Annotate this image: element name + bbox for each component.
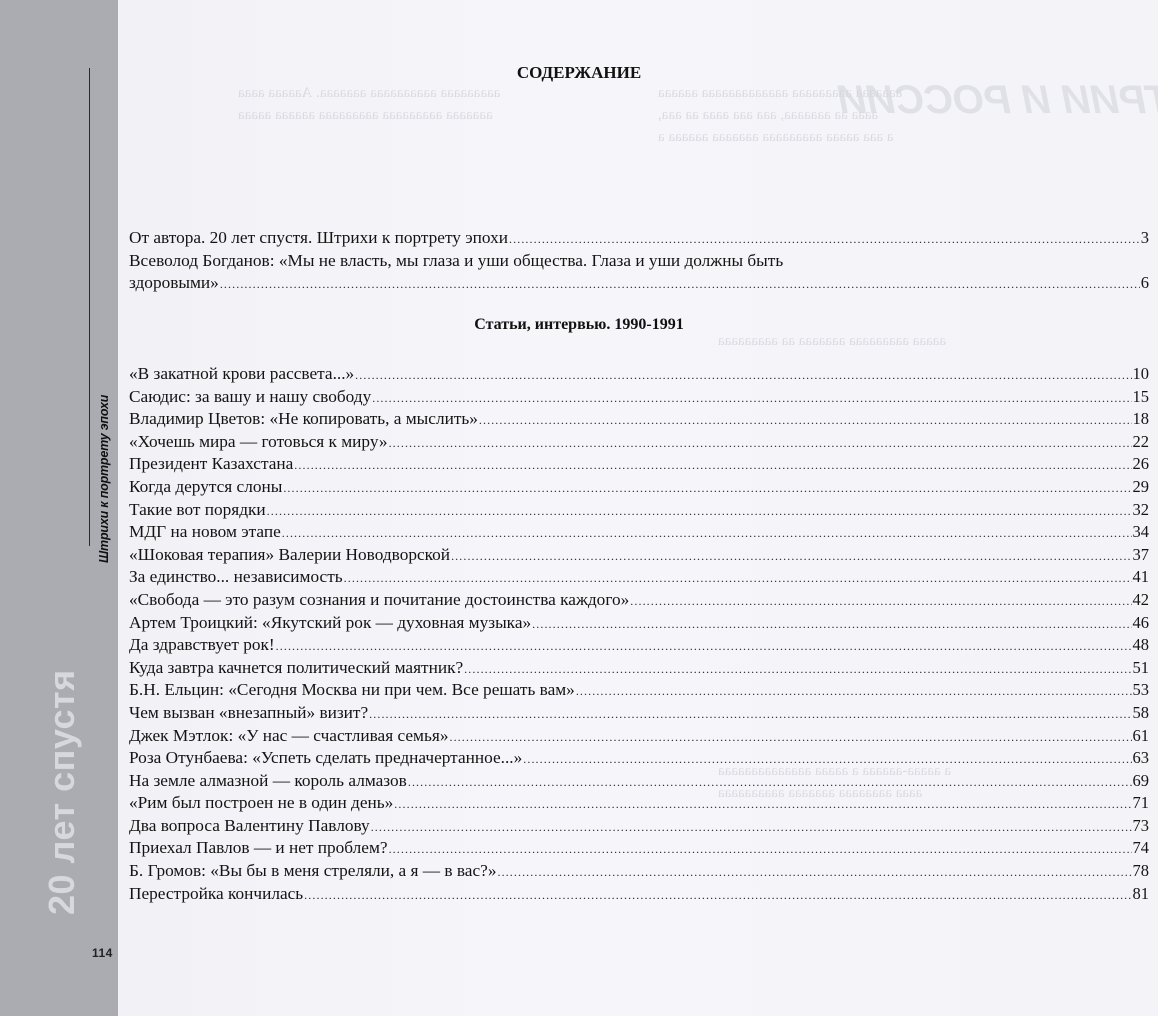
page-number: 114	[92, 946, 113, 960]
toc-entry-title: здоровыми»	[129, 273, 219, 293]
toc-entry[interactable]: «В закатной крови рассвета...»10	[129, 364, 1149, 387]
spine-rule	[89, 68, 90, 546]
toc-entry[interactable]: Перестройка кончилась81	[129, 884, 1149, 907]
toc-entry[interactable]: Да здравствует рок!48	[129, 635, 1149, 658]
section-title: Статьи, интервью. 1990-1991	[0, 316, 1158, 334]
toc-entry-page: 37	[1133, 545, 1150, 565]
toc-entry[interactable]: «Рим был построен не в один день»71	[129, 793, 1149, 816]
toc-entry-page: 71	[1133, 793, 1150, 813]
toc-entry-title: Президент Казахстана	[129, 454, 293, 474]
toc-entry-title: На земле алмазной — король алмазов	[129, 771, 407, 791]
leader-dots	[355, 368, 1131, 383]
leader-dots	[276, 639, 1132, 654]
toc-entry-page: 48	[1133, 635, 1150, 655]
toc-entry-page: 42	[1133, 590, 1150, 610]
toc-entry-page: 78	[1133, 861, 1150, 881]
toc-entry-page: 53	[1133, 680, 1150, 700]
toc-entry-title: Приехал Павлов — и нет проблем?	[129, 838, 388, 858]
toc-entry-page: 58	[1133, 703, 1150, 723]
leader-dots	[304, 888, 1131, 903]
toc-entry[interactable]: Саюдис: за вашу и нашу свободу15	[129, 387, 1149, 410]
leader-dots	[451, 549, 1131, 564]
toc-entry[interactable]: Приехал Павлов — и нет проблем?74	[129, 838, 1149, 861]
book-title: 20 лет спустя	[42, 669, 82, 915]
toc-entry[interactable]: Б. Громов: «Вы бы в меня стреляли, а я —…	[129, 861, 1149, 884]
leader-dots	[509, 232, 1140, 247]
intro-entries: От автора. 20 лет спустя. Штрихи к портр…	[129, 228, 1149, 296]
toc-entry[interactable]: «Шоковая терапия» Валерии Новодворской37	[129, 545, 1149, 568]
toc-entry-page: 3	[1141, 228, 1149, 248]
section-entries: «В закатной крови рассвета...»10Саюдис: …	[129, 364, 1149, 906]
toc-entry-page: 26	[1133, 454, 1150, 474]
toc-entry[interactable]: От автора. 20 лет спустя. Штрихи к портр…	[129, 228, 1149, 251]
leader-dots	[523, 752, 1131, 767]
toc-entry[interactable]: Роза Отунбаева: «Успеть сделать предначе…	[129, 748, 1149, 771]
toc-entry-title: Артем Троицкий: «Якутский рок — духовная…	[129, 613, 531, 633]
toc-entry-page: 22	[1133, 432, 1150, 452]
toc-entry-title: «В закатной крови рассвета...»	[129, 364, 354, 384]
toc-entry-title: Чем вызван «внезапный» визит?	[129, 703, 368, 723]
leader-dots	[479, 413, 1132, 428]
leader-dots	[449, 730, 1131, 745]
leader-dots	[294, 458, 1131, 473]
toc-entry[interactable]: «Хочешь мира — готовься к миру»22	[129, 432, 1149, 455]
leader-dots	[576, 684, 1132, 699]
leader-dots	[389, 436, 1132, 451]
page: ИНДУСТРИИ И РОССИИ ааааааа ааааааааа ааа…	[118, 0, 1158, 1016]
toc-entry-title: Б.Н. Ельцин: «Сегодня Москва ни при чем.…	[129, 680, 575, 700]
toc-entry-page: 15	[1133, 387, 1150, 407]
leader-dots	[371, 820, 1132, 835]
show-through-text: а ааа ааааа ааааааааа ааааааа аааааа а	[658, 126, 894, 148]
toc-entry-title: «Свобода — это разум сознания и почитани…	[129, 590, 629, 610]
leader-dots	[497, 865, 1131, 880]
toc-entry-title: Владимир Цветов: «Не копировать, а мысли…	[129, 409, 478, 429]
toc-entry-title: Перестройка кончилась	[129, 884, 303, 904]
leader-dots	[532, 617, 1131, 632]
toc-entry-title: Саюдис: за вашу и нашу свободу	[129, 387, 371, 407]
show-through-text: ааааааа ааааааааа ааааааааа аааааа ааааа	[238, 104, 493, 126]
toc-entry-page: 51	[1133, 658, 1150, 678]
toc-entry-page: 29	[1133, 477, 1150, 497]
toc-entry-title: От автора. 20 лет спустя. Штрихи к портр…	[129, 228, 508, 248]
toc-entry-page: 6	[1141, 273, 1149, 293]
toc-entry-title: Такие вот порядки	[129, 500, 266, 520]
leader-dots	[394, 797, 1131, 812]
leader-dots	[344, 571, 1132, 586]
leader-dots	[408, 775, 1132, 790]
toc-entry-page: 73	[1133, 816, 1150, 836]
toc-entry-line2[interactable]: здоровыми» 6	[129, 273, 1149, 296]
toc-entry[interactable]: Артем Троицкий: «Якутский рок — духовная…	[129, 613, 1149, 636]
leader-dots	[283, 481, 1131, 496]
toc-entry[interactable]: Джек Мэтлок: «У нас — счастливая семья»6…	[129, 726, 1149, 749]
toc-entry-title: Роза Отунбаева: «Успеть сделать предначе…	[129, 748, 522, 768]
toc-entry-title: Когда дерутся слоны	[129, 477, 282, 497]
toc-entry-page: 69	[1133, 771, 1150, 791]
toc-entry[interactable]: Президент Казахстана26	[129, 454, 1149, 477]
toc-entry-line1[interactable]: Всеволод Богданов: «Мы не власть, мы гла…	[129, 251, 1149, 274]
toc-entry-page: 34	[1133, 522, 1150, 542]
toc-entry[interactable]: Такие вот порядки32	[129, 500, 1149, 523]
toc-entry-page: 81	[1133, 884, 1150, 904]
contents-title: СОДЕРЖАНИЕ	[0, 63, 1158, 83]
toc-entry-title: За единство... независимость	[129, 567, 343, 587]
toc-entry-title: Всеволод Богданов: «Мы не власть, мы гла…	[129, 251, 783, 271]
toc-entry-title: «Рим был построен не в один день»	[129, 793, 393, 813]
toc-entry[interactable]: Б.Н. Ельцин: «Сегодня Москва ни при чем.…	[129, 680, 1149, 703]
toc-entry-page: 10	[1133, 364, 1150, 384]
toc-entry-title: Б. Громов: «Вы бы в меня стреляли, а я —…	[129, 861, 496, 881]
toc-entry-title: Джек Мэтлок: «У нас — счастливая семья»	[129, 726, 448, 746]
toc-entry-page: 61	[1133, 726, 1150, 746]
toc-entry[interactable]: Когда дерутся слоны29	[129, 477, 1149, 500]
leader-dots	[220, 277, 1140, 292]
show-through-text: ааааааааа аааааааааа ааааааа. Аааааа ааа…	[238, 82, 500, 104]
toc-entry[interactable]: Куда завтра качнется политический маятни…	[129, 658, 1149, 681]
leader-dots	[372, 391, 1131, 406]
toc-entry-page: 32	[1133, 500, 1150, 520]
toc-entry[interactable]: Чем вызван «внезапный» визит?58	[129, 703, 1149, 726]
leader-dots	[369, 707, 1131, 722]
toc-entry-page: 46	[1133, 613, 1150, 633]
leader-dots	[464, 662, 1131, 677]
show-through-text: ааааааа ааааааааа ааааааааааааа аааааа	[658, 82, 902, 104]
toc-entry[interactable]: Владимир Цветов: «Не копировать, а мысли…	[129, 409, 1149, 432]
book-spine-strip: Штрихи к портрету эпохи 20 лет спустя 11…	[0, 0, 118, 1016]
toc-entry-page: 41	[1133, 567, 1150, 587]
leader-dots	[389, 842, 1132, 857]
leader-dots	[267, 504, 1132, 519]
toc-entry[interactable]: На земле алмазной — король алмазов69	[129, 771, 1149, 794]
toc-entry[interactable]: За единство... независимость41	[129, 567, 1149, 590]
book-subtitle: Штрихи к портрету эпохи	[97, 395, 111, 563]
toc-entry-page: 18	[1133, 409, 1150, 429]
toc-entry-title: «Шоковая терапия» Валерии Новодворской	[129, 545, 450, 565]
toc-entry[interactable]: МДГ на новом этапе34	[129, 522, 1149, 545]
show-through-text: аааа аа ааааааа, ааа ааа аааа аа ааа,	[658, 104, 878, 126]
toc-entry-page: 63	[1133, 748, 1150, 768]
toc-entry-page: 74	[1133, 838, 1150, 858]
toc-entry[interactable]: «Свобода — это разум сознания и почитани…	[129, 590, 1149, 613]
toc-entry-title: МДГ на новом этапе	[129, 522, 281, 542]
leader-dots	[282, 526, 1132, 541]
toc-entry-title: «Хочешь мира — готовься к миру»	[129, 432, 388, 452]
toc-entry-title: Куда завтра качнется политический маятни…	[129, 658, 463, 678]
toc-entry-title: Два вопроса Валентину Павлову	[129, 816, 370, 836]
toc-entry-title: Да здравствует рок!	[129, 635, 275, 655]
toc-entry[interactable]: Два вопроса Валентину Павлову73	[129, 816, 1149, 839]
leader-dots	[630, 594, 1131, 609]
